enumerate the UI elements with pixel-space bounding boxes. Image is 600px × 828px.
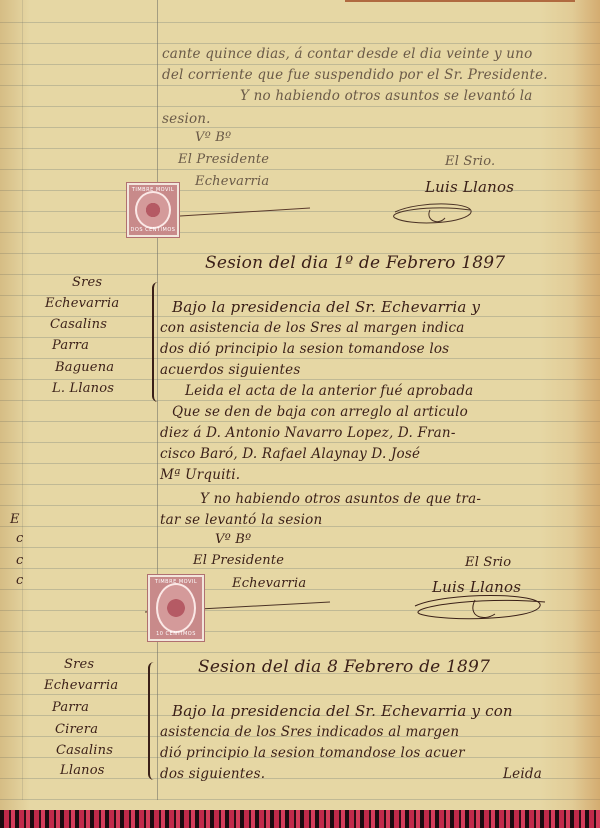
signature-flourish-icon bbox=[145, 590, 565, 630]
text-line: diez á D. Antonio Navarro Lopez, D. Fran… bbox=[160, 425, 456, 441]
ledger-page: E c c c cante quince dias, á contar desd… bbox=[0, 0, 600, 810]
text-line: Bajo la presidencia del Sr. Echevarria y bbox=[172, 298, 480, 316]
text-line: acuerdos siguientes bbox=[160, 362, 300, 378]
text-line: Y no habiendo otros asuntos se levantó l… bbox=[240, 88, 533, 104]
margin-fragment: c bbox=[16, 573, 23, 588]
stamp-crest-icon bbox=[156, 583, 196, 633]
margin-fragment: c bbox=[16, 531, 23, 546]
president-signature: Echevarria bbox=[232, 576, 306, 591]
attendee: L. Llanos bbox=[52, 381, 114, 396]
revenue-stamp: TIMBRE MOVIL 10 CENTIMOS bbox=[148, 575, 204, 641]
text-line: dos siguientes. bbox=[160, 766, 265, 782]
margin-fragment: E bbox=[10, 512, 20, 527]
left-edge-rule bbox=[22, 0, 23, 800]
attendees-title: Sres bbox=[64, 657, 94, 672]
signature-flourish-icon bbox=[180, 190, 480, 230]
attendee: Llanos bbox=[60, 763, 105, 778]
attendee: Parra bbox=[52, 338, 89, 353]
margin-fragment: c bbox=[16, 553, 23, 568]
approval-mark: Vº Bº bbox=[195, 130, 231, 145]
text-line: Que se den de baja con arreglo al articu… bbox=[172, 404, 468, 420]
attendee: Parra bbox=[52, 700, 89, 715]
text-line: sesion. bbox=[162, 111, 211, 127]
text-line: tar se levantó la sesion bbox=[160, 512, 322, 528]
attendee: Casalins bbox=[56, 743, 113, 758]
text-line: dió principio la sesion tomandose los ac… bbox=[160, 745, 465, 761]
attendee: Echevarria bbox=[44, 678, 118, 693]
stamp-text: DOS CENTIMOS bbox=[129, 227, 177, 233]
page-top-edge bbox=[345, 0, 575, 2]
text-line: Leida el acta de la anterior fué aprobad… bbox=[185, 383, 473, 399]
stamp-text: TIMBRE MOVIL bbox=[129, 187, 177, 193]
stamp-text: TIMBRE MOVIL bbox=[150, 579, 202, 585]
text-line: cante quince dias, á contar desde el dia… bbox=[162, 46, 532, 62]
president-title: El Presidente bbox=[193, 553, 284, 568]
revenue-stamp: TIMBRE MOVIL DOS CENTIMOS bbox=[127, 183, 179, 237]
text-line: con asistencia de los Sres al margen ind… bbox=[160, 320, 464, 336]
stamp-text: 10 CENTIMOS bbox=[150, 631, 202, 637]
text-line: Y no habiendo otros asuntos de que tra- bbox=[200, 491, 481, 507]
attendees-title: Sres bbox=[72, 275, 102, 290]
attendee: Cirera bbox=[55, 722, 98, 737]
session-heading: Sesion del dia 1º de Febrero 1897 bbox=[205, 253, 505, 273]
attendees-brace bbox=[148, 662, 158, 780]
attendee: Casalins bbox=[50, 317, 107, 332]
text-line: Mª Urquiti. bbox=[160, 467, 240, 483]
secretary-title: El Srio. bbox=[445, 154, 495, 169]
president-title: El Presidente bbox=[178, 152, 269, 167]
text-line: del corriente que fue suspendido por el … bbox=[162, 67, 548, 83]
book-edge-band bbox=[0, 810, 600, 828]
session-heading: Sesion del dia 8 Febrero de 1897 bbox=[198, 657, 490, 677]
text-line: dos dió principio la sesion tomandose lo… bbox=[160, 341, 449, 357]
attendee: Echevarria bbox=[45, 296, 119, 311]
president-signature: Echevarria bbox=[195, 174, 269, 189]
secretary-title: El Srio bbox=[465, 555, 511, 570]
attendee: Baguena bbox=[55, 360, 114, 375]
text-line: Bajo la presidencia del Sr. Echevarria y… bbox=[172, 702, 513, 720]
stamp-crest-icon bbox=[135, 191, 171, 229]
approval-mark: Vº Bº bbox=[215, 532, 251, 547]
text-line: cisco Baró, D. Rafael Alaynay D. José bbox=[160, 446, 420, 462]
continuation-word: Leida bbox=[503, 766, 542, 782]
text-line: asistencia de los Sres indicados al marg… bbox=[160, 724, 459, 740]
